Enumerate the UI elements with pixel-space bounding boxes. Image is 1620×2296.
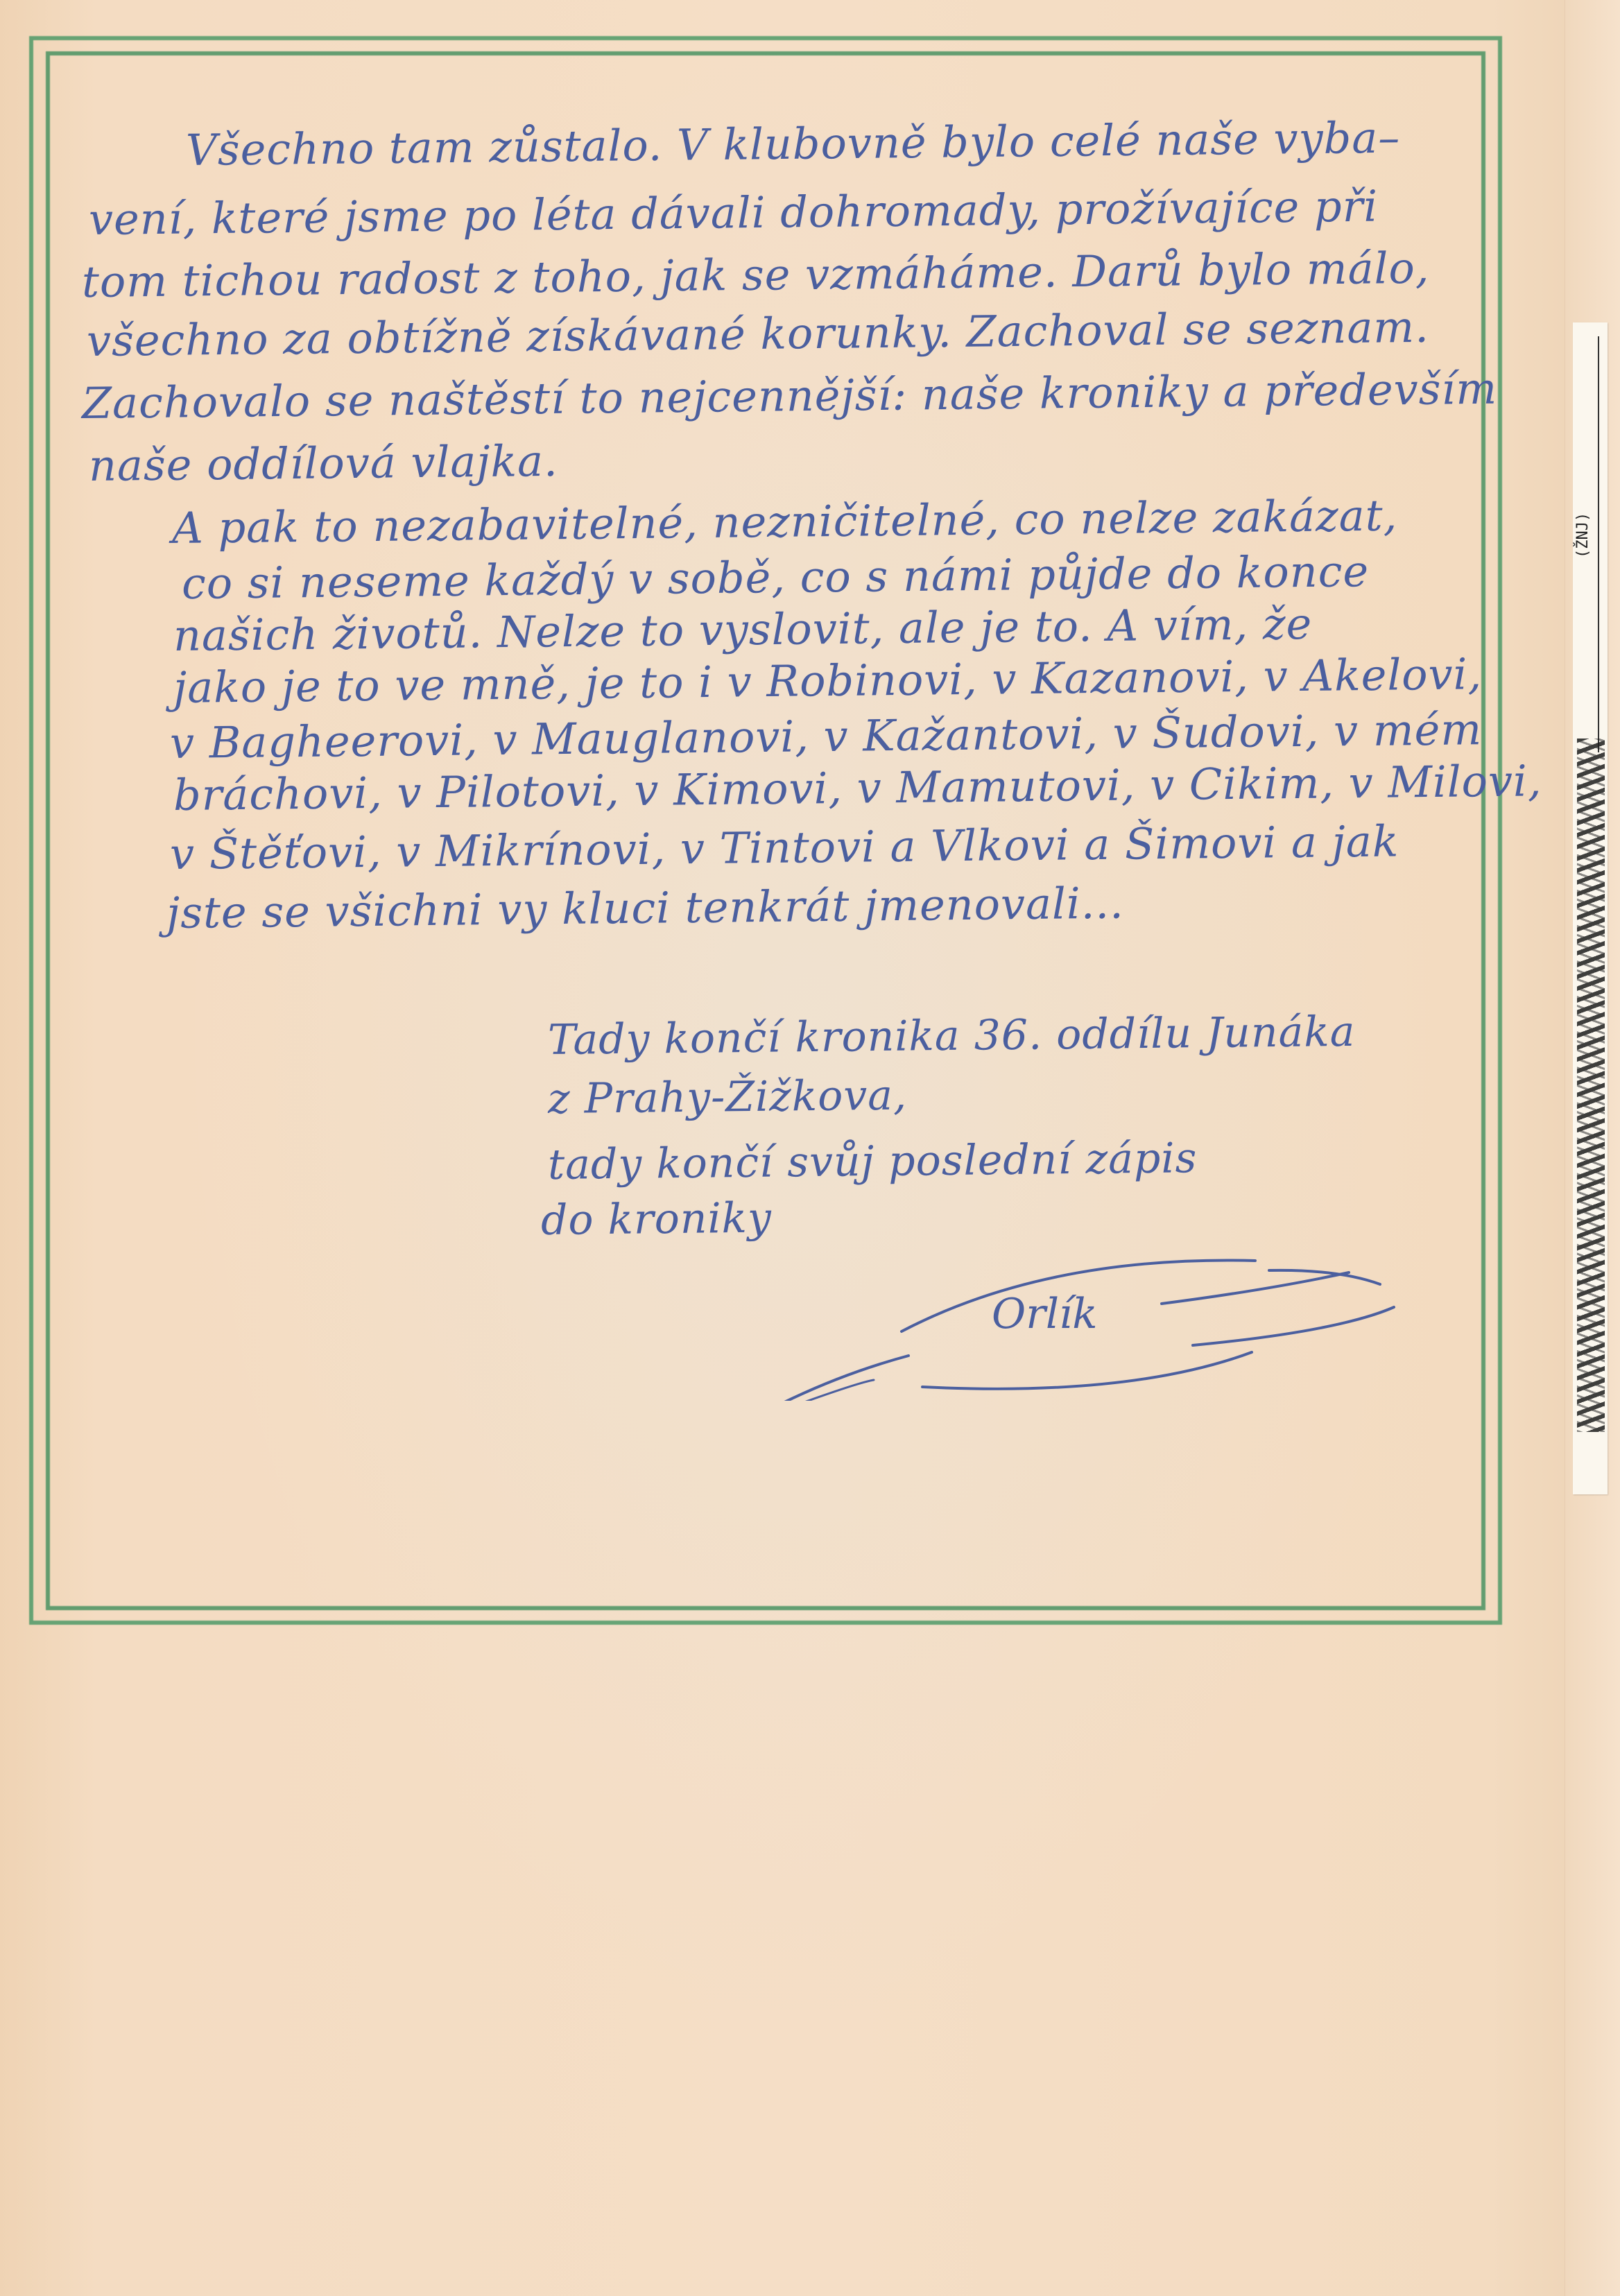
closing-line-2: z Prahy-Žižkova, — [548, 1071, 908, 1123]
closing-line-1: Tady končí kronika 36. oddílu Junáka — [548, 1008, 1356, 1064]
body-line-14: jste se všichni vy kluci tenkrát jmenova… — [166, 878, 1124, 938]
signature: Orlík — [714, 1241, 1408, 1401]
strip-label: (ŽNJ) — [1574, 512, 1592, 558]
strip-rule-line — [1598, 336, 1599, 752]
signature-name: Orlík — [992, 1290, 1098, 1338]
closing-line-3: tady končí svůj poslední zápis — [548, 1134, 1198, 1189]
etching-illustration — [1577, 739, 1605, 1432]
side-illustration-strip: (ŽNJ) — [1573, 322, 1608, 1494]
closing-line-4: do kroniky — [541, 1194, 773, 1245]
body-line-6: naše oddílová vlajka. — [89, 435, 559, 491]
